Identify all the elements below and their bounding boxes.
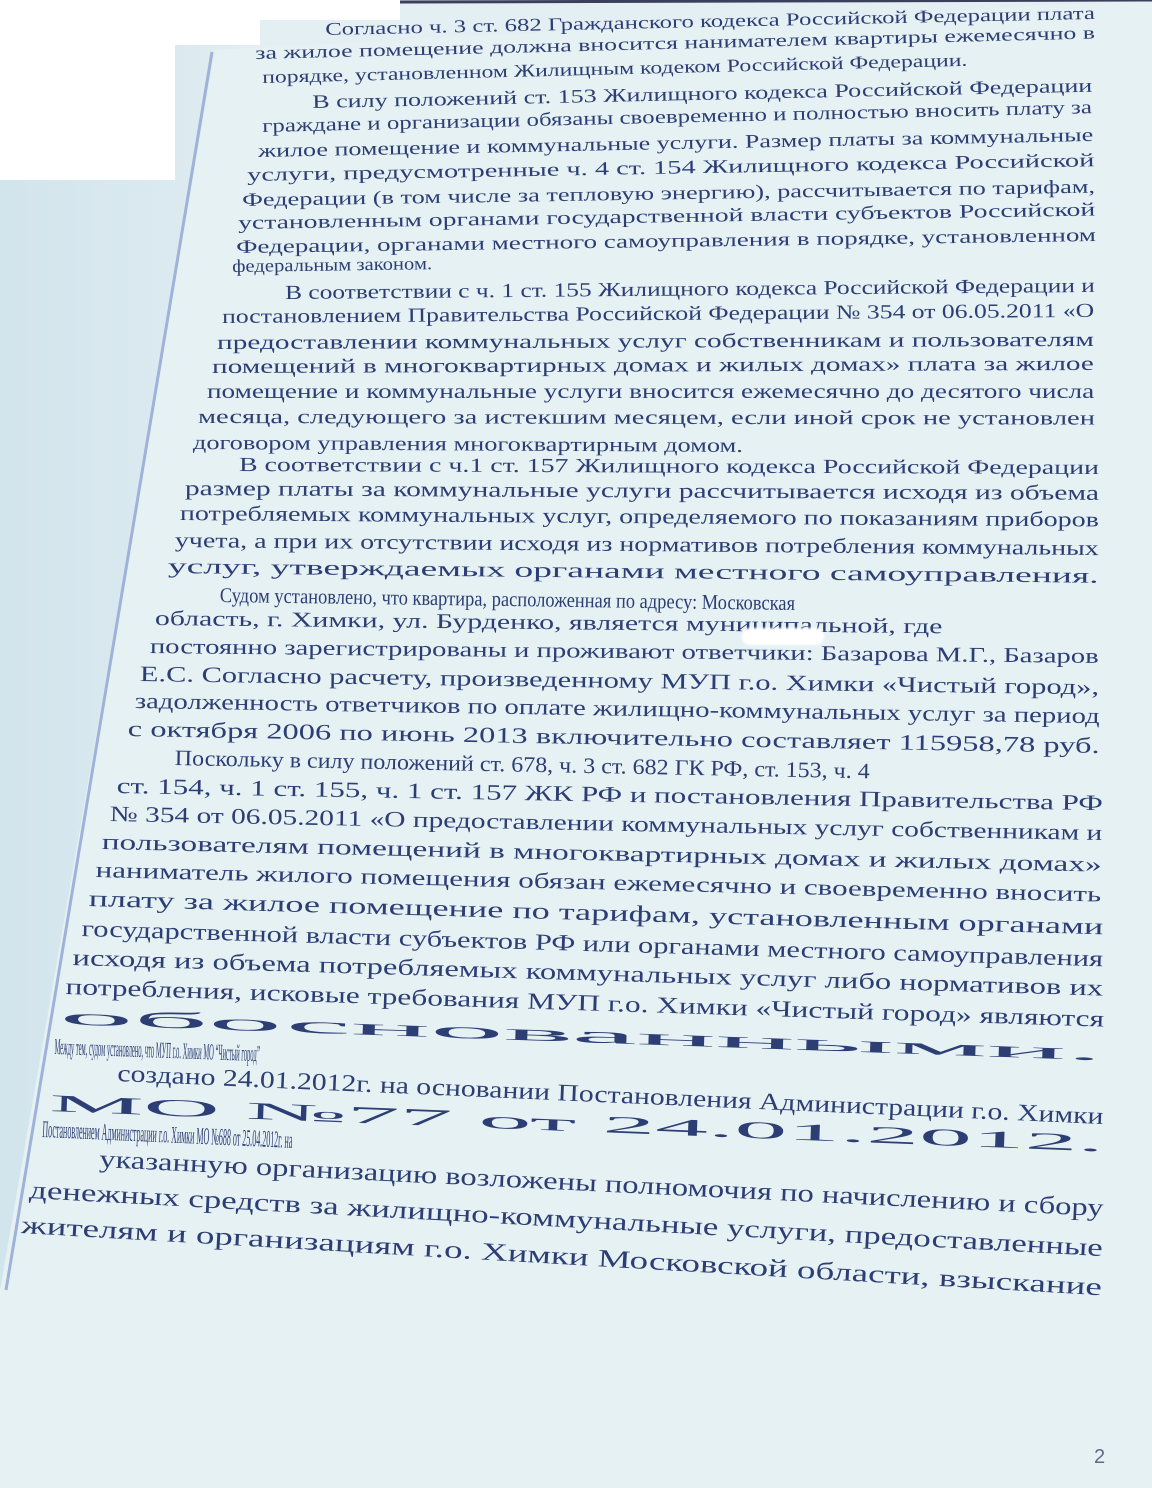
text-line: В соответствии с ч.1 ст. 157 Жилищного к… (239, 455, 1099, 478)
text-line: федеральным законом. (232, 254, 432, 275)
text-line: помещений в многоквартирных домах и жилы… (212, 354, 1094, 377)
text-line: помещение и коммунальные услуги вносится… (207, 382, 1094, 402)
text-line: услуг, утверждаемых органами местного са… (168, 556, 1099, 587)
redacted-address (742, 628, 824, 645)
text-line: В соответствии с ч. 1 ст. 155 Жилищного … (285, 276, 1095, 303)
text-line: потребляемых коммунальных услуг, определ… (180, 503, 1099, 530)
text-line: область, г. Химки, ул. Бурденко, являетс… (155, 608, 943, 637)
text-line: предоставлении коммунальных услуг собств… (217, 330, 1094, 353)
page-number: 2 (1094, 1446, 1105, 1469)
text-line: договором управления многоквартирным дом… (193, 433, 743, 456)
text-line: постановлением Правительства Российской … (222, 301, 1094, 327)
text-line: размер платы за коммунальные услуги расс… (185, 478, 1099, 504)
text-line: месяца, следующего за истекшим месяцем, … (198, 407, 1095, 429)
document-body: Согласно ч. 3 ст. 682 Гражданского кодек… (0, 0, 1152, 1488)
text-line: Между тем, судом установлено, что МУП г.… (54, 1035, 260, 1065)
